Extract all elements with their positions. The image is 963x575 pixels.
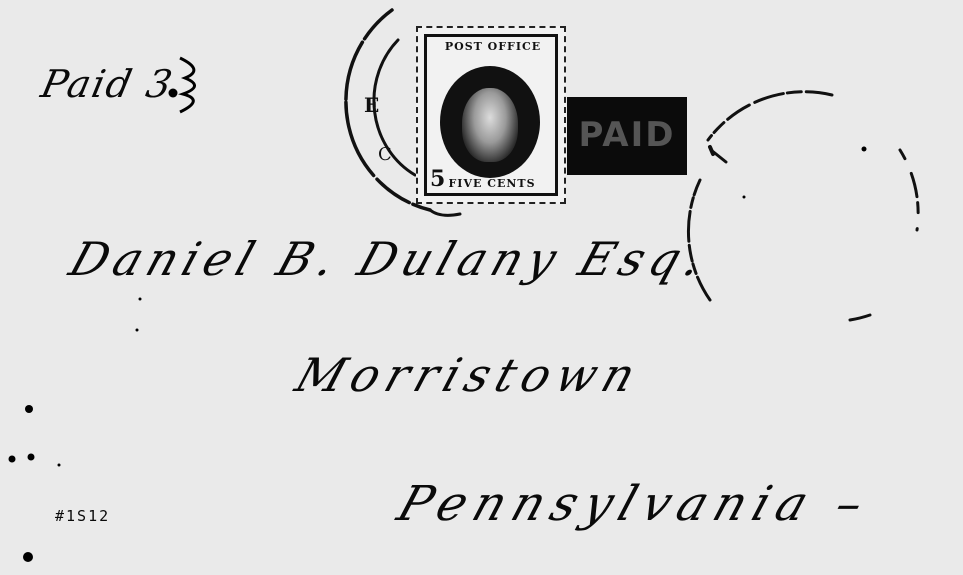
postage-stamp-icon: POST OFFICE 5 FIVE CENTS bbox=[416, 26, 566, 204]
address-line-2: Morristown bbox=[289, 348, 649, 402]
svg-text:C: C bbox=[378, 144, 392, 165]
inventory-mark: #1S12 bbox=[55, 507, 110, 525]
stamp-bottom-text: FIVE CENTS bbox=[432, 177, 552, 190]
address-line-3: Pennsylvania – bbox=[391, 476, 879, 532]
paid-flourish-icon bbox=[180, 58, 195, 112]
stamp-top-text: POST OFFICE bbox=[438, 40, 548, 53]
paid-annotation: Paid 3 bbox=[37, 62, 178, 106]
obliterated-handstamp-icon: PAID bbox=[567, 97, 687, 175]
address-line-1: Daniel B. Dulany Esq. bbox=[63, 232, 715, 286]
right-postmark-icon bbox=[688, 92, 918, 320]
envelope-cover: E C Paid 3 Daniel B. Dula bbox=[0, 0, 963, 575]
svg-text:E: E bbox=[364, 93, 379, 117]
franklin-portrait-icon bbox=[462, 88, 518, 162]
handstamp-text: PAID bbox=[577, 115, 677, 155]
